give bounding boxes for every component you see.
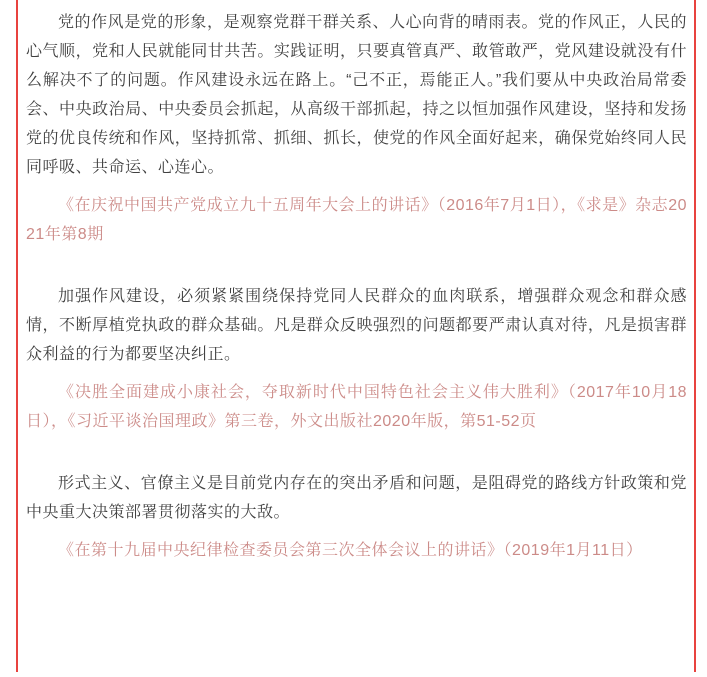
quote-section-2: 加强作风建设，必须紧紧围绕保持党同人民群众的血肉联系，增强群众观念和群众感情，不… [26, 282, 687, 436]
document-page: 党的作风是党的形象，是观察党群干群关系、人心向背的晴雨表。党的作风正，人民的心气… [0, 0, 707, 677]
citation-source: 《在第十九届中央纪律检查委员会第三次全体会议上的讲话》（2019年1月11日） [26, 536, 687, 565]
quote-section-3: 形式主义、官僚主义是目前党内存在的突出矛盾和问题，是阻碍党的路线方针政策和党中央… [26, 469, 687, 565]
quote-paragraph: 党的作风是党的形象，是观察党群干群关系、人心向背的晴雨表。党的作风正，人民的心气… [26, 8, 687, 182]
quote-paragraph: 形式主义、官僚主义是目前党内存在的突出矛盾和问题，是阻碍党的路线方针政策和党中央… [26, 469, 687, 527]
citation-source: 《在庆祝中国共产党成立九十五周年大会上的讲话》（2016年7月1日），《求是》杂… [26, 191, 687, 249]
quote-section-1: 党的作风是党的形象，是观察党群干群关系、人心向背的晴雨表。党的作风正，人民的心气… [26, 8, 687, 249]
bordered-content-area: 党的作风是党的形象，是观察党群干群关系、人心向背的晴雨表。党的作风正，人民的心气… [16, 0, 696, 672]
citation-source: 《决胜全面建成小康社会，夺取新时代中国特色社会主义伟大胜利》（2017年10月1… [26, 378, 687, 436]
quote-paragraph: 加强作风建设，必须紧紧围绕保持党同人民群众的血肉联系，增强群众观念和群众感情，不… [26, 282, 687, 369]
